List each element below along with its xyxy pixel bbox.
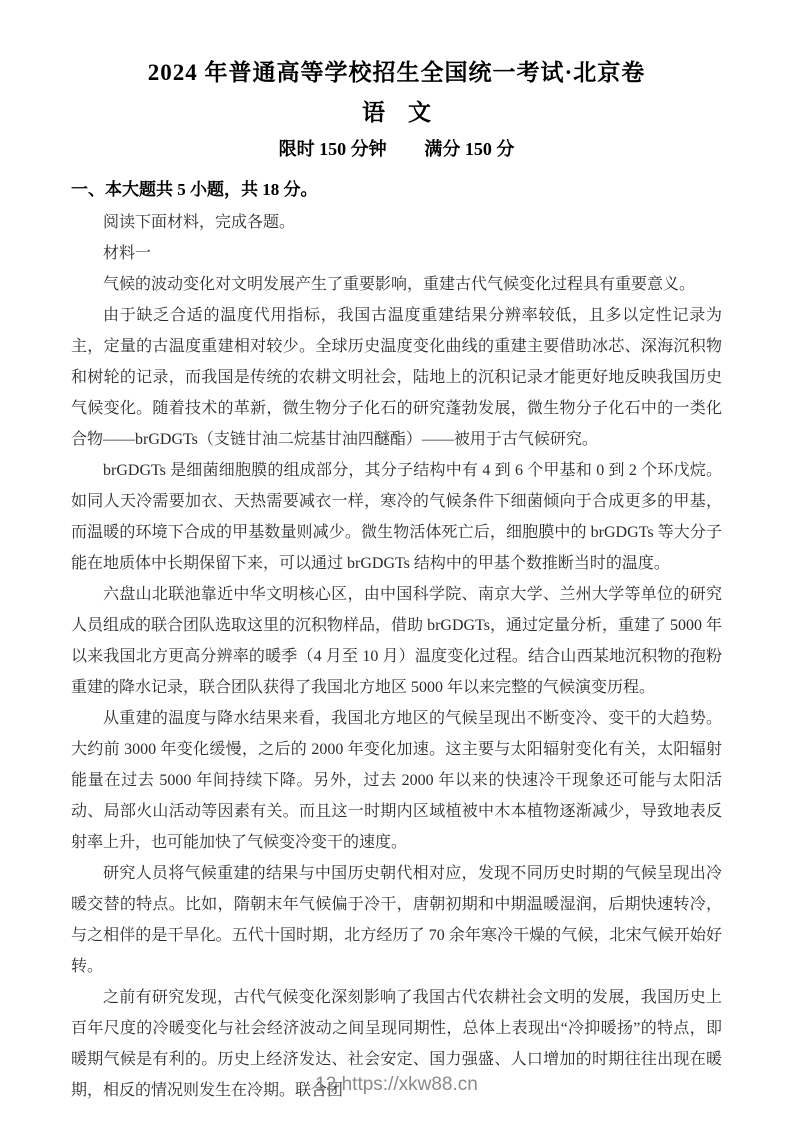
material-intro: 阅读下面材料，完成各题。 (71, 207, 722, 238)
time-limit-label: 限时 150 分钟 (279, 139, 387, 159)
material-paragraph: 六盘山北联池靠近中华文明核心区，由中国科学院、南京大学、兰州大学等单位的研究人员… (71, 579, 722, 703)
total-score-label: 满分 150 分 (424, 139, 514, 159)
footer-url: https://xkw88.cn (342, 1074, 478, 1095)
material-paragraphs: 气候的波动变化对文明发展产生了重要影响，重建古代气候变化过程具有重要意义。由于缺… (71, 269, 722, 1106)
subject-title: 语 文 (71, 96, 722, 130)
page-number: 12 (315, 1074, 336, 1095)
material-paragraph: 研究人员将气候重建的结果与中国历史朝代相对应，发现不同历史时期的气候呈现出冷暖交… (71, 858, 722, 982)
material-label: 材料一 (71, 238, 722, 269)
section-heading: 一、本大题共 5 小题，共 18 分。 (71, 175, 722, 205)
material-paragraph: 由于缺乏合适的温度代用指标，我国古温度重建结果分辨率较低，且多以定性记录为主，定… (71, 300, 722, 455)
material-paragraph: 气候的波动变化对文明发展产生了重要影响，重建古代气候变化过程具有重要意义。 (71, 269, 722, 300)
material-paragraph: 从重建的温度与降水结果来看，我国北方地区的气候呈现出不断变冷、变干的大趋势。大约… (71, 703, 722, 858)
page-footer: 12 https://xkw88.cn (0, 1074, 793, 1096)
page-title: 2024 年普通高等学校招生全国统一考试·北京卷 (71, 56, 722, 90)
reading-material: 阅读下面材料，完成各题。 材料一 气候的波动变化对文明发展产生了重要影响，重建古… (71, 207, 722, 1106)
exam-info-line: 限时 150 分钟满分 150 分 (71, 135, 722, 163)
material-paragraph: brGDGTs 是细菌细胞膜的组成部分，其分子结构中有 4 到 6 个甲基和 0… (71, 455, 722, 579)
document-page: 2024 年普通高等学校招生全国统一考试·北京卷 语 文 限时 150 分钟满分… (0, 0, 793, 1122)
